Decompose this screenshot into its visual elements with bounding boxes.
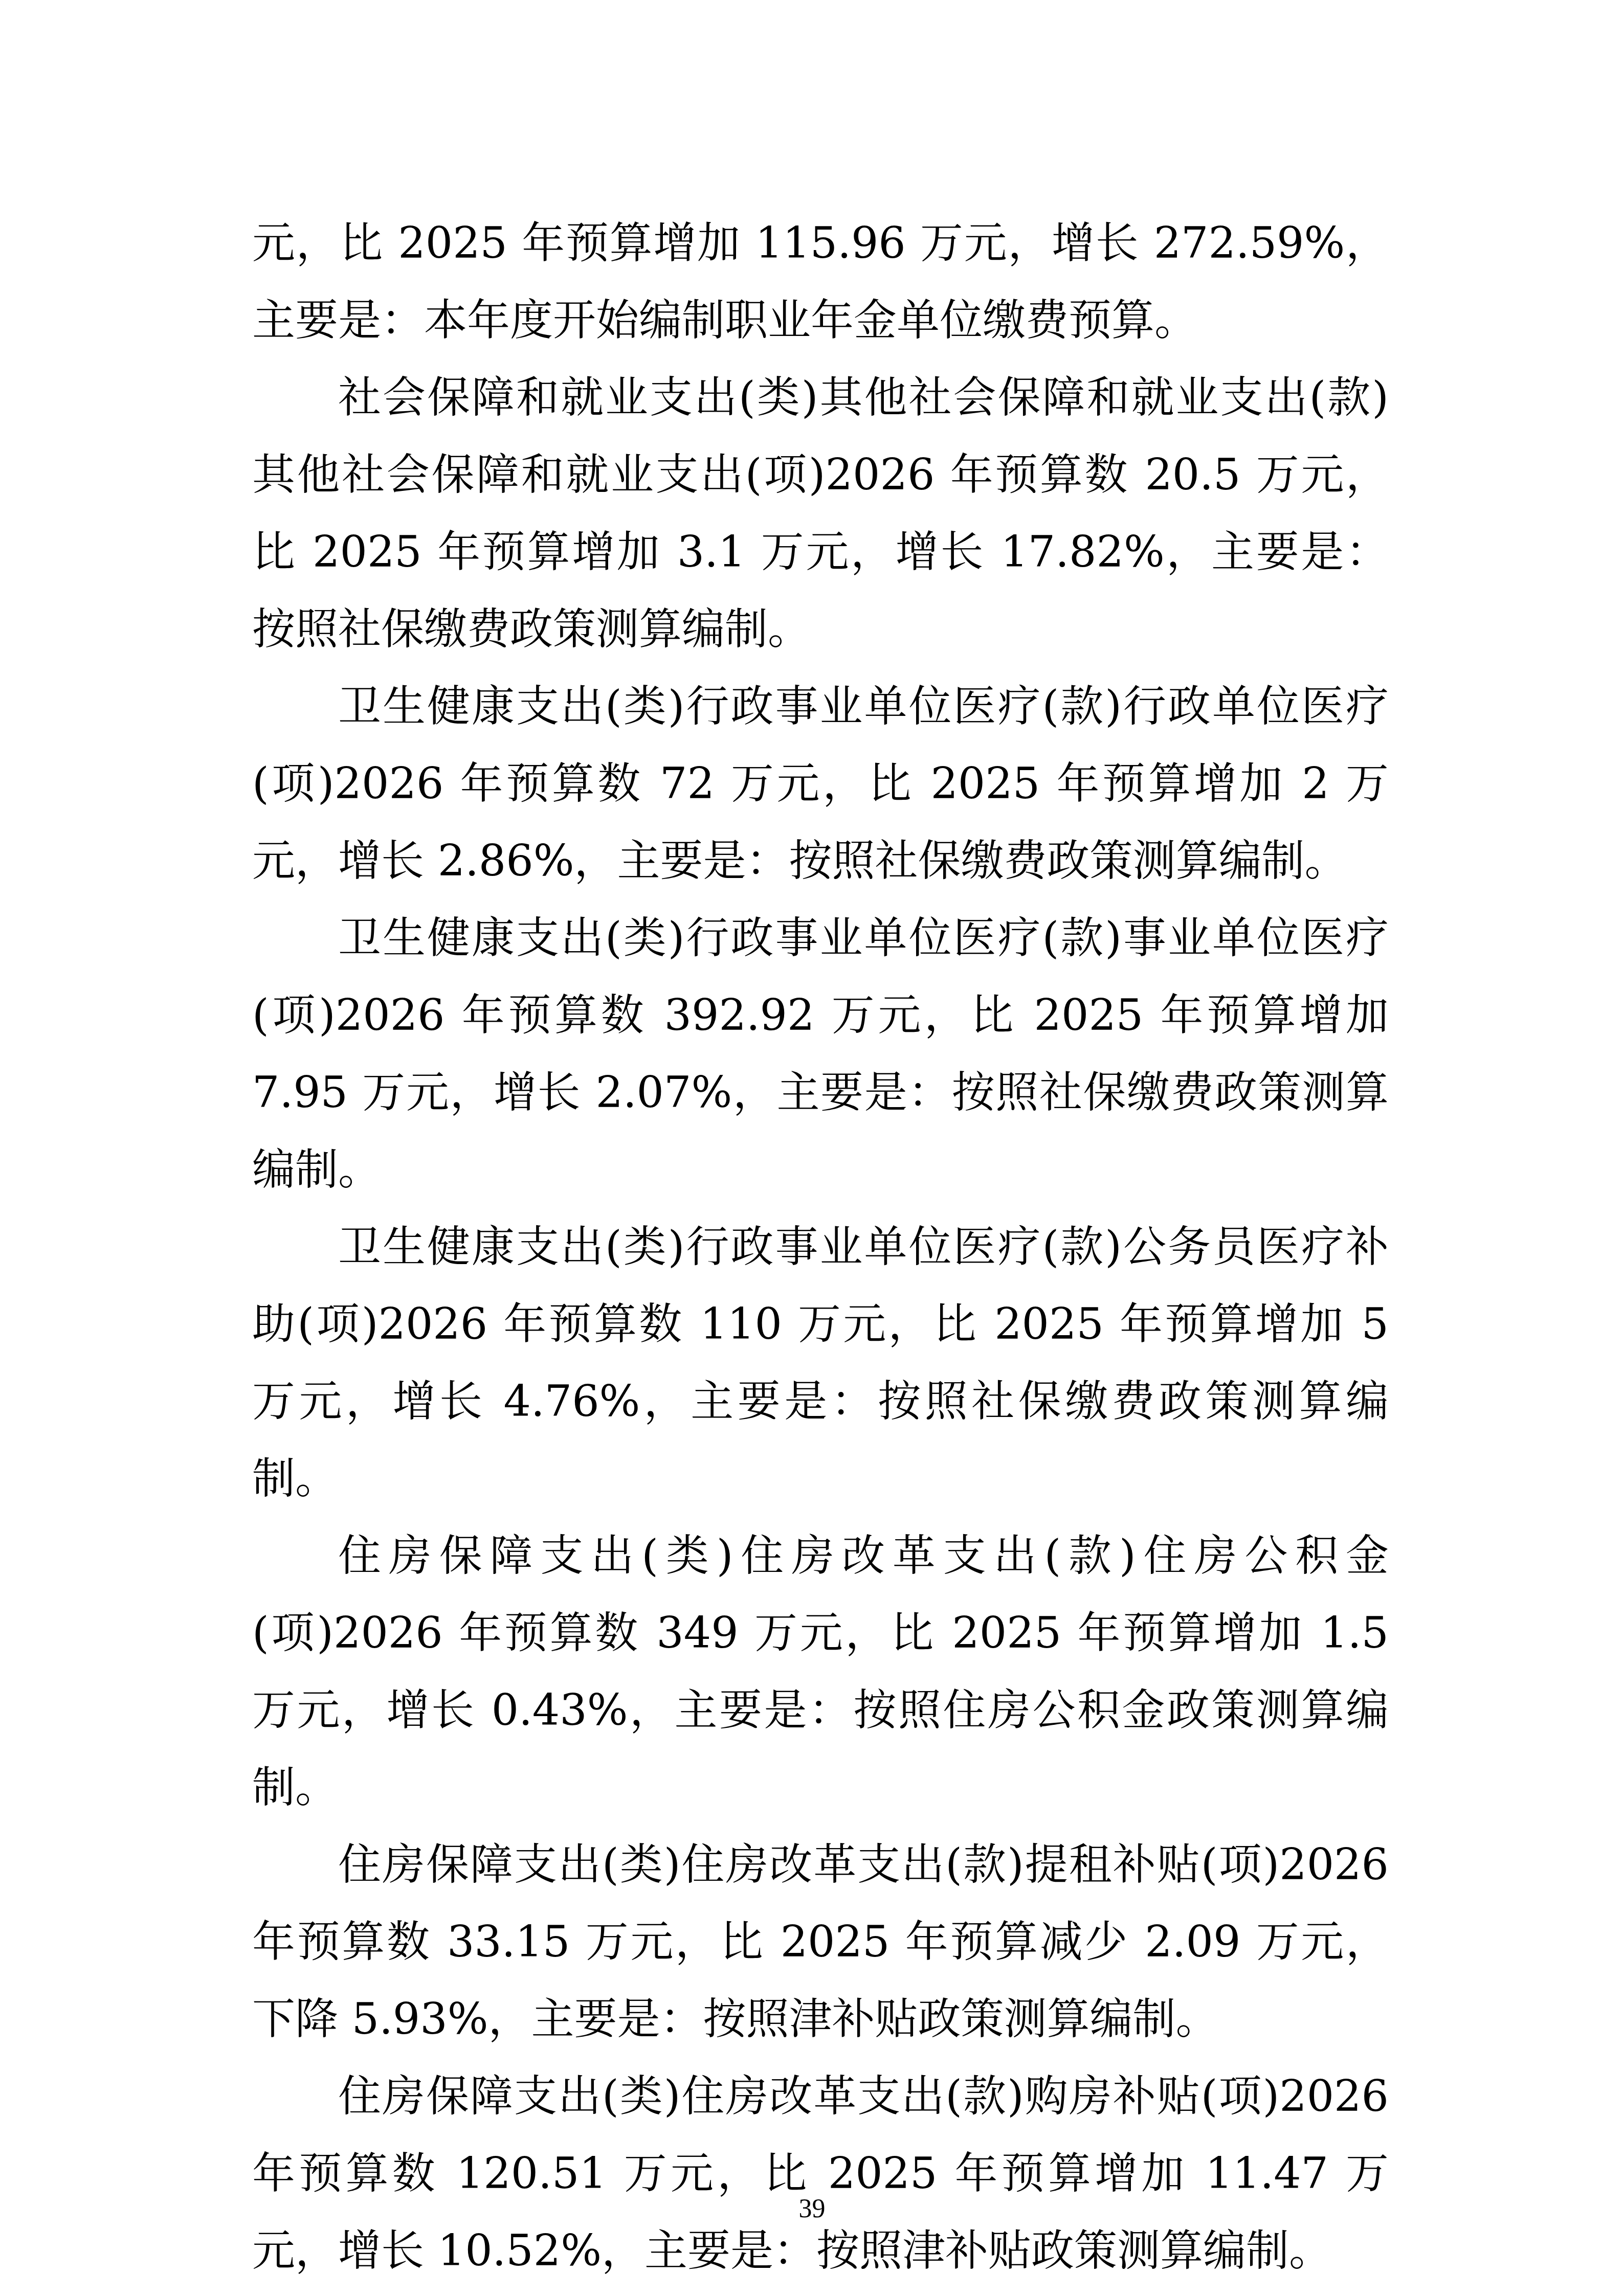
page-number: 39 [0,2194,1624,2224]
paragraph-admin-unit-medical: 卫生健康支出(类)行政事业单位医疗(款)行政单位医疗(项)2026 年预算数 7… [252,668,1389,899]
paragraph-rent-subsidy: 住房保障支出(类)住房改革支出(款)提租补贴(项)2026 年预算数 33.15… [252,1826,1389,2058]
paragraph-civil-servant-medical-subsidy: 卫生健康支出(类)行政事业单位医疗(款)公务员医疗补助(项)2026 年预算数 … [252,1208,1389,1517]
paragraph-public-institution-medical: 卫生健康支出(类)行政事业单位医疗(款)事业单位医疗(项)2026 年预算数 3… [252,899,1389,1208]
paragraph-pension-continuation: 元，比 2025 年预算增加 115.96 万元，增长 272.59%，主要是：… [252,205,1389,359]
paragraph-housing-provident-fund: 住房保障支出(类)住房改革支出(款)住房公积金(项)2026 年预算数 349 … [252,1517,1389,1826]
paragraph-other-social-security: 社会保障和就业支出(类)其他社会保障和就业支出(款)其他社会保障和就业支出(项)… [252,359,1389,668]
document-body: 元，比 2025 年预算增加 115.96 万元，增长 272.59%，主要是：… [252,205,1389,2289]
paragraph-housing-purchase-subsidy: 住房保障支出(类)住房改革支出(款)购房补贴(项)2026 年预算数 120.5… [252,2058,1389,2289]
